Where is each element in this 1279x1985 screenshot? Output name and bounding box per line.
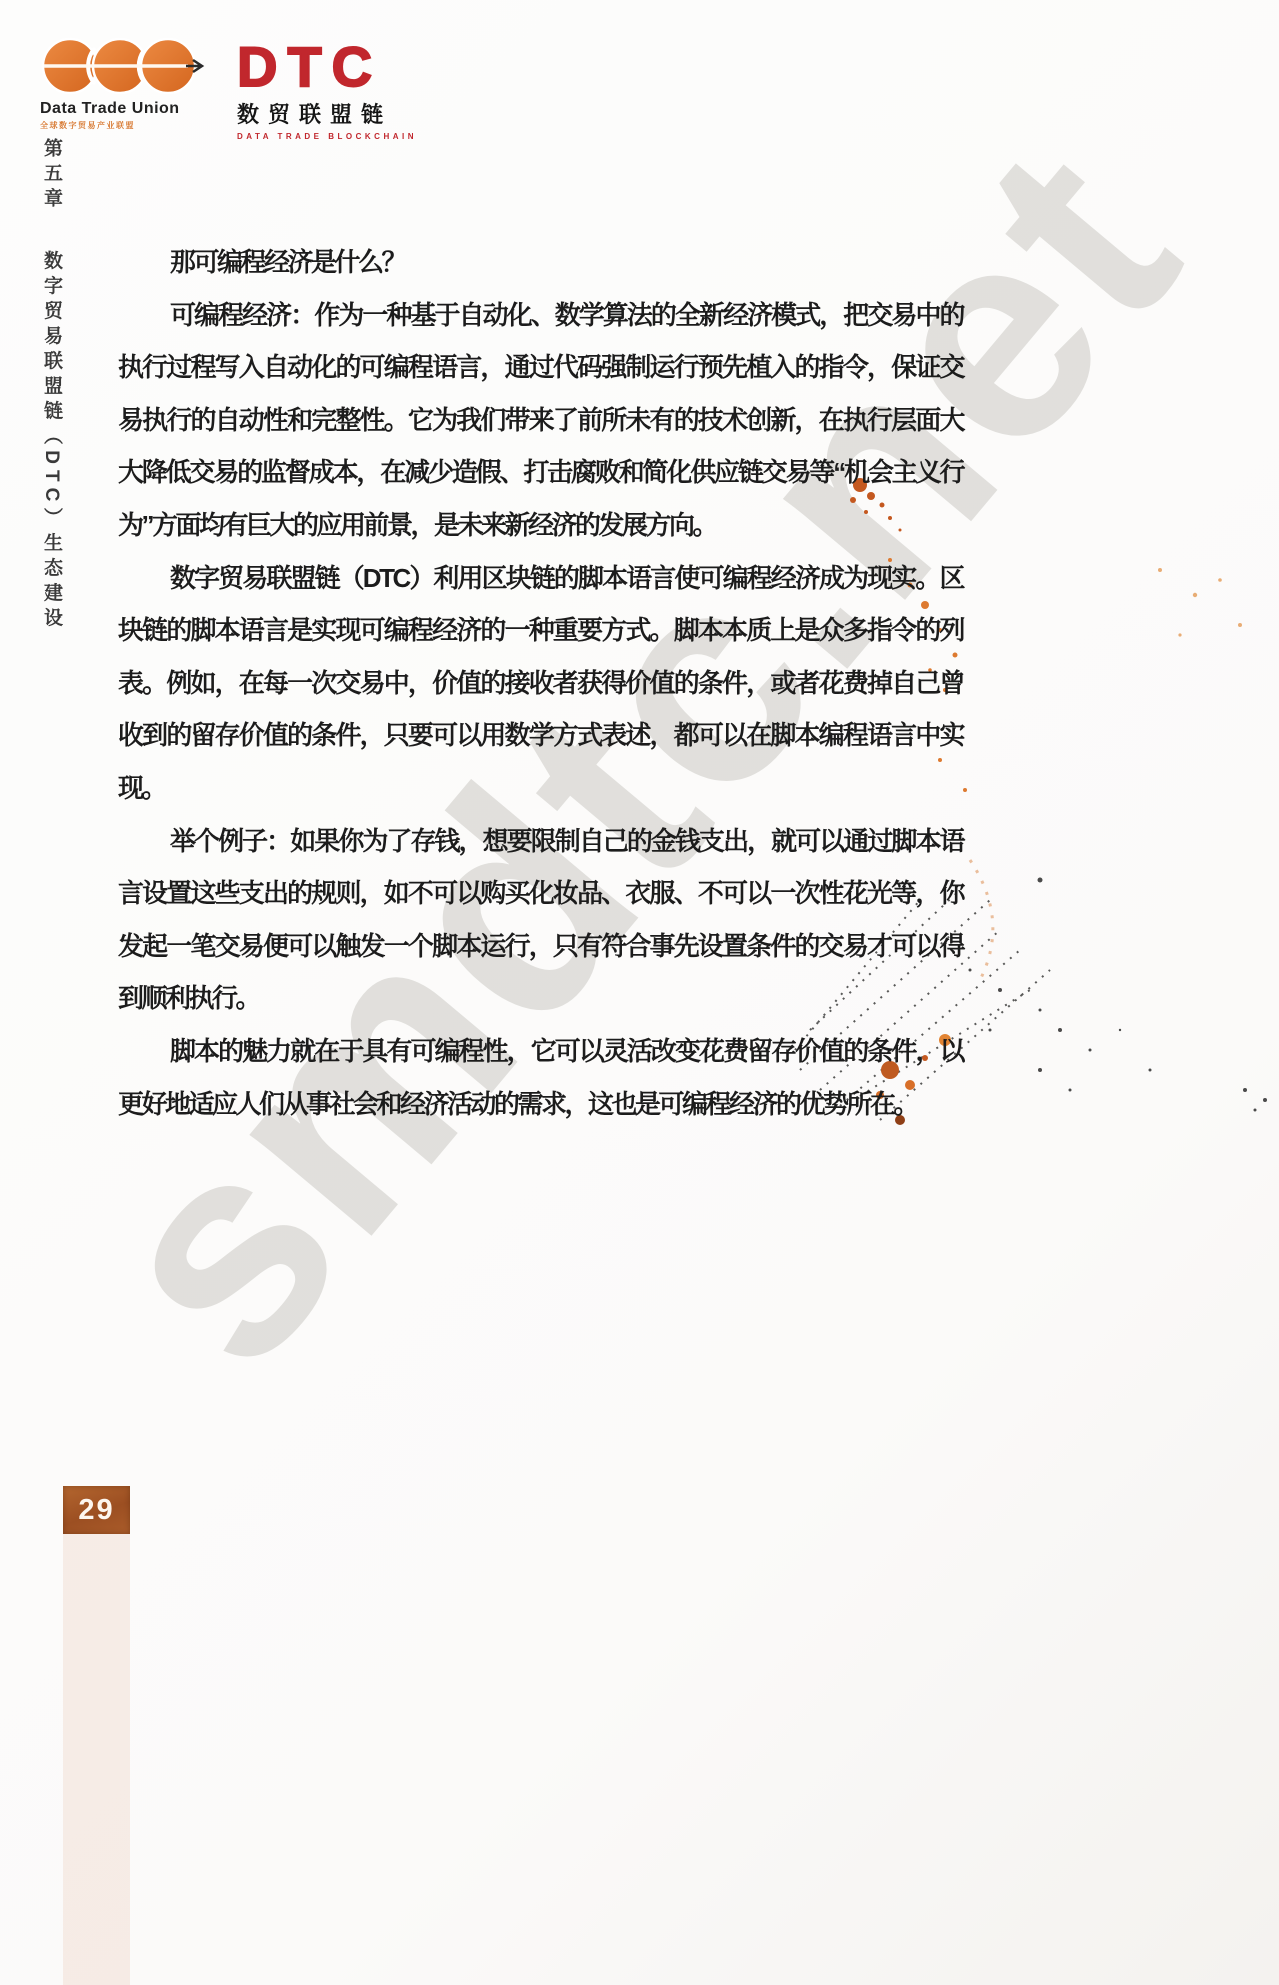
dtc-logo-subtitle: DATA TRADE BLOCKCHAIN [237,132,417,141]
body-paragraph: 脚本的魅力就在于具有可编程性，它可以灵活改变花费留存价值的条件，以更好地适应人们… [118,1025,963,1130]
chapter-title: 数字贸易联盟链（DTC）生态建设 [41,250,62,632]
body-paragraph: 那可编程经济是什么？ [118,236,963,289]
dtc-logo-name: 数贸联盟链 [237,98,417,129]
page-number: 29 [63,1486,130,1534]
dtu-logo-title: Data Trade Union [40,100,215,118]
document-page: smdtc.net Data Trade Union 全球数字贸易 [0,0,1279,1985]
data-trade-union-logo: Data Trade Union 全球数字贸易产业联盟 [40,36,215,131]
body-paragraph: 可编程经济：作为一种基于自动化、数学算法的全新经济模式，把交易中的执行过程写入自… [118,289,963,552]
dtc-logo-acronym: DTC [237,40,417,94]
dtc-logo: DTC 数贸联盟链 DATA TRADE BLOCKCHAIN [237,40,417,141]
chapter-sidebar-label: 第五章 数字贸易联盟链（DTC）生态建设 [36,138,66,632]
chapter-number: 第五章 [36,138,66,213]
body-content: 那可编程经济是什么？ 可编程经济：作为一种基于自动化、数学算法的全新经济模式，把… [118,236,963,1130]
page-number-strip [63,1534,130,1985]
dtu-circles-icon [40,36,208,98]
body-paragraph: 举个例子：如果你为了存钱，想要限制自己的金钱支出，就可以通过脚本语言设置这些支出… [118,815,963,1025]
body-paragraph: 数字贸易联盟链（DTC）利用区块链的脚本语言使可编程经济成为现实。区块链的脚本语… [118,552,963,815]
page-header: Data Trade Union 全球数字贸易产业联盟 DTC 数贸联盟链 DA… [40,36,417,141]
dtu-logo-subtitle: 全球数字贸易产业联盟 [40,120,215,131]
